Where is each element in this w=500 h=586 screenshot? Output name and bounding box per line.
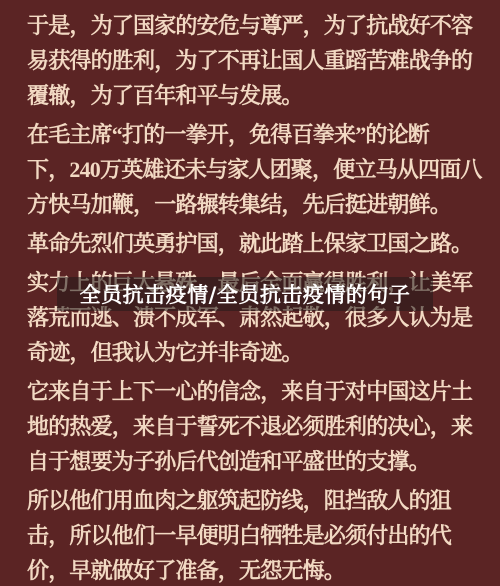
text-line: 易获得的胜利，为了不再让国人重蹈苦难战争的 [27,43,476,78]
text-line: 奇迹，但我认为它并非奇迹。 [27,335,476,370]
paragraph: 于是，为了国家的安危与尊严，为了抗战好不容易获得的胜利，为了不再让国人重蹈苦难战… [27,8,476,113]
paragraph: 在毛主席“打的一拳开，免得百拳来”的论断下，240万英雄还未与家人团聚，便立马从… [27,117,476,222]
text-line: 于是，为了国家的安危与尊严，为了抗战好不容 [27,8,476,43]
text-line: 自于想要为子孙后代创造和平盛世的支撑。 [27,444,476,479]
text-line: 在毛主席“打的一拳开，免得百拳来”的论断 [27,117,476,152]
text-line: 革命先烈们英勇护国，就此踏上保家卫国之路。 [27,226,476,261]
watermark-title: 全员抗击疫情/全员抗击疫情的句子 [80,279,411,309]
text-line: 覆辙，为了百年和平与发展。 [27,78,476,113]
watermark-banner: 全员抗击疫情/全员抗击疫情的句子 [57,277,433,311]
paragraph: 它来自于上下一心的信念，来自于对中国这片土地的热爱，来自于誓死不退必须胜利的决心… [27,374,476,479]
text-line: 地的热爱，来自于誓死不退必须胜利的决心，来 [27,409,476,444]
text-line: 它来自于上下一心的信念，来自于对中国这片土 [27,374,476,409]
text-line: 所以他们用血肉之躯筑起防线，阻挡敌人的狙 [27,483,476,518]
text-line: 方快马加鞭，一路辗转集结，先后挺进朝鲜。 [27,187,476,222]
text-line: 价，早就做好了准备，无怨无悔。 [27,553,476,586]
article-page: 于是，为了国家的安危与尊严，为了抗战好不容易获得的胜利，为了不再让国人重蹈苦难战… [0,0,500,586]
text-line: 下，240万英雄还未与家人团聚，便立马从四面八 [27,152,476,187]
text-line: 击，所以他们一早便明白牺牲是必须付出的代 [27,518,476,553]
paragraph: 革命先烈们英勇护国，就此踏上保家卫国之路。 [27,226,476,261]
paragraph: 所以他们用血肉之躯筑起防线，阻挡敌人的狙击，所以他们一早便明白牺牲是必须付出的代… [27,483,476,586]
